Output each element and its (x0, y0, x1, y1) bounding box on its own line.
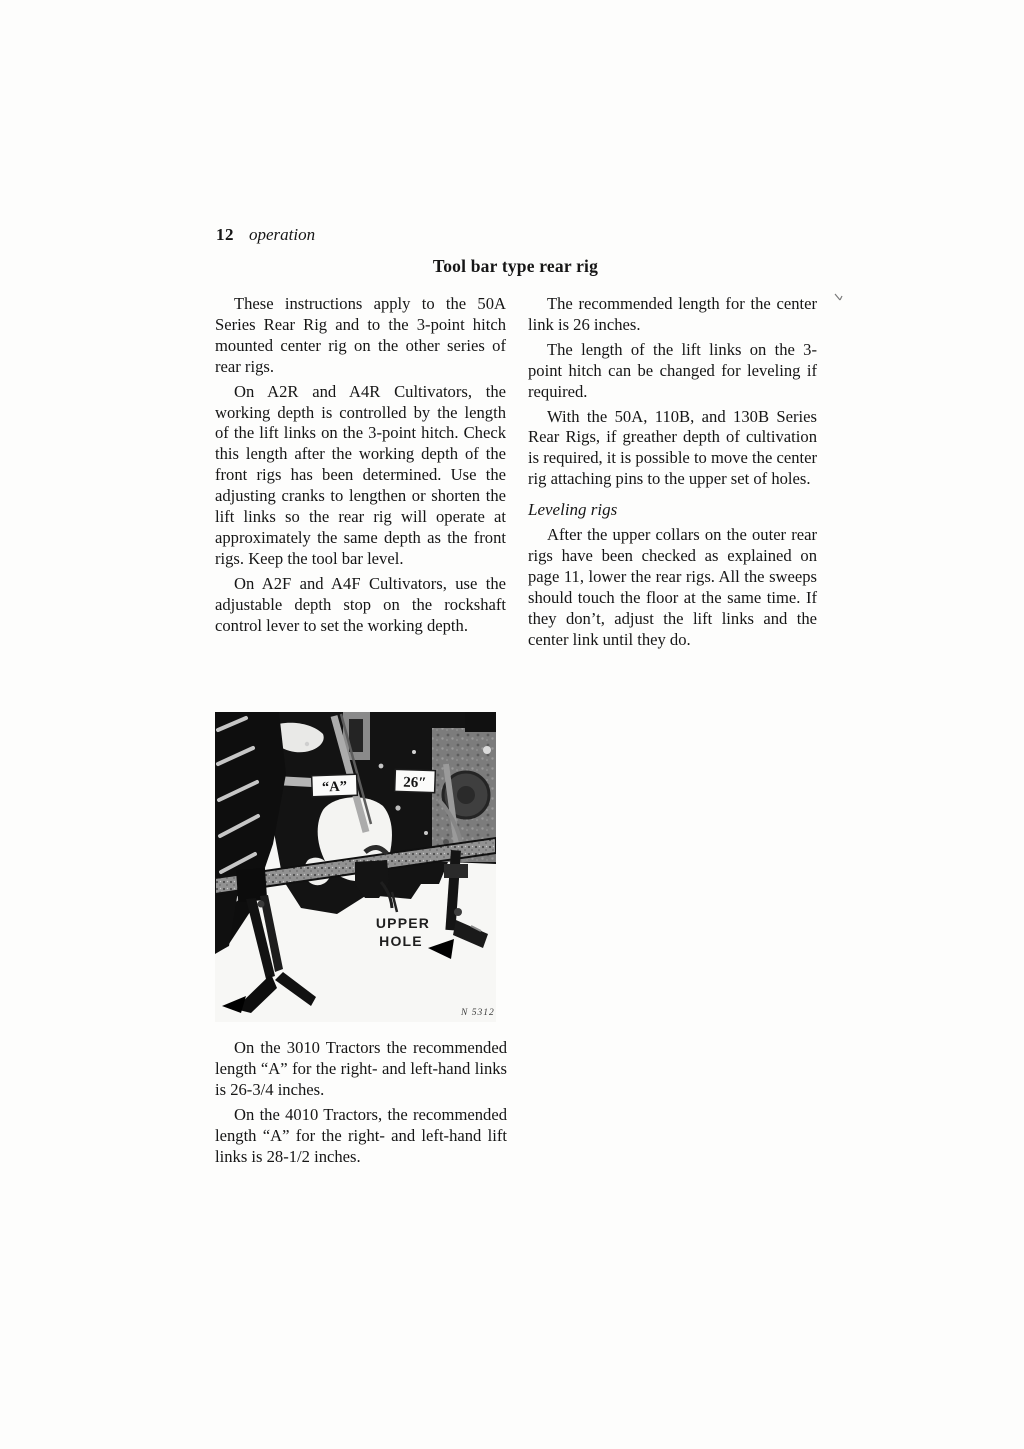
upper-hole-line2: HOLE (379, 933, 423, 949)
label-tag-26-text: 26″ (403, 775, 427, 792)
label-tag-a-text: “A” (322, 779, 348, 796)
section-name: operation (249, 225, 315, 244)
paragraph: The recommended length for the center li… (528, 294, 817, 336)
paragraph: With the 50A, 110B, and 130B Series Rear… (528, 407, 817, 491)
right-column: The recommended length for the center li… (528, 294, 817, 655)
running-header: 12operation (216, 225, 315, 245)
paragraph: On the 3010 Tractors the recommended len… (215, 1038, 507, 1101)
manual-page: 12operation Tool bar type rear rig These… (0, 0, 1024, 1449)
subheading-leveling-rigs: Leveling rigs (528, 499, 817, 520)
figure-tool-bar-photo: “A” 26″ (215, 712, 496, 1022)
paragraph: On A2F and A4F Cultivators, use the adju… (215, 574, 506, 637)
hitch-photo-illustration: “A” 26″ (215, 712, 496, 1022)
page-number: 12 (216, 225, 234, 244)
upper-hole-line1: UPPER (376, 915, 430, 931)
paragraph: On A2R and A4R Cultivators, the working … (215, 382, 506, 570)
left-column: These instructions apply to the 50A Seri… (215, 294, 506, 641)
paragraph: These instructions apply to the 50A Seri… (215, 294, 506, 378)
paragraph: After the upper collars on the outer rea… (528, 525, 817, 650)
page-title: Tool bar type rear rig (215, 256, 816, 277)
scan-speck (834, 292, 846, 304)
paragraph: On the 4010 Tractors, the recommended le… (215, 1105, 507, 1168)
photo-code: N 5312 (460, 1008, 495, 1018)
paragraph: The length of the lift links on the 3-po… (528, 340, 817, 403)
label-tag-26: 26″ (395, 769, 436, 792)
label-tag-a: “A” (312, 774, 358, 797)
below-figure-column: On the 3010 Tractors the recommended len… (215, 1038, 507, 1171)
